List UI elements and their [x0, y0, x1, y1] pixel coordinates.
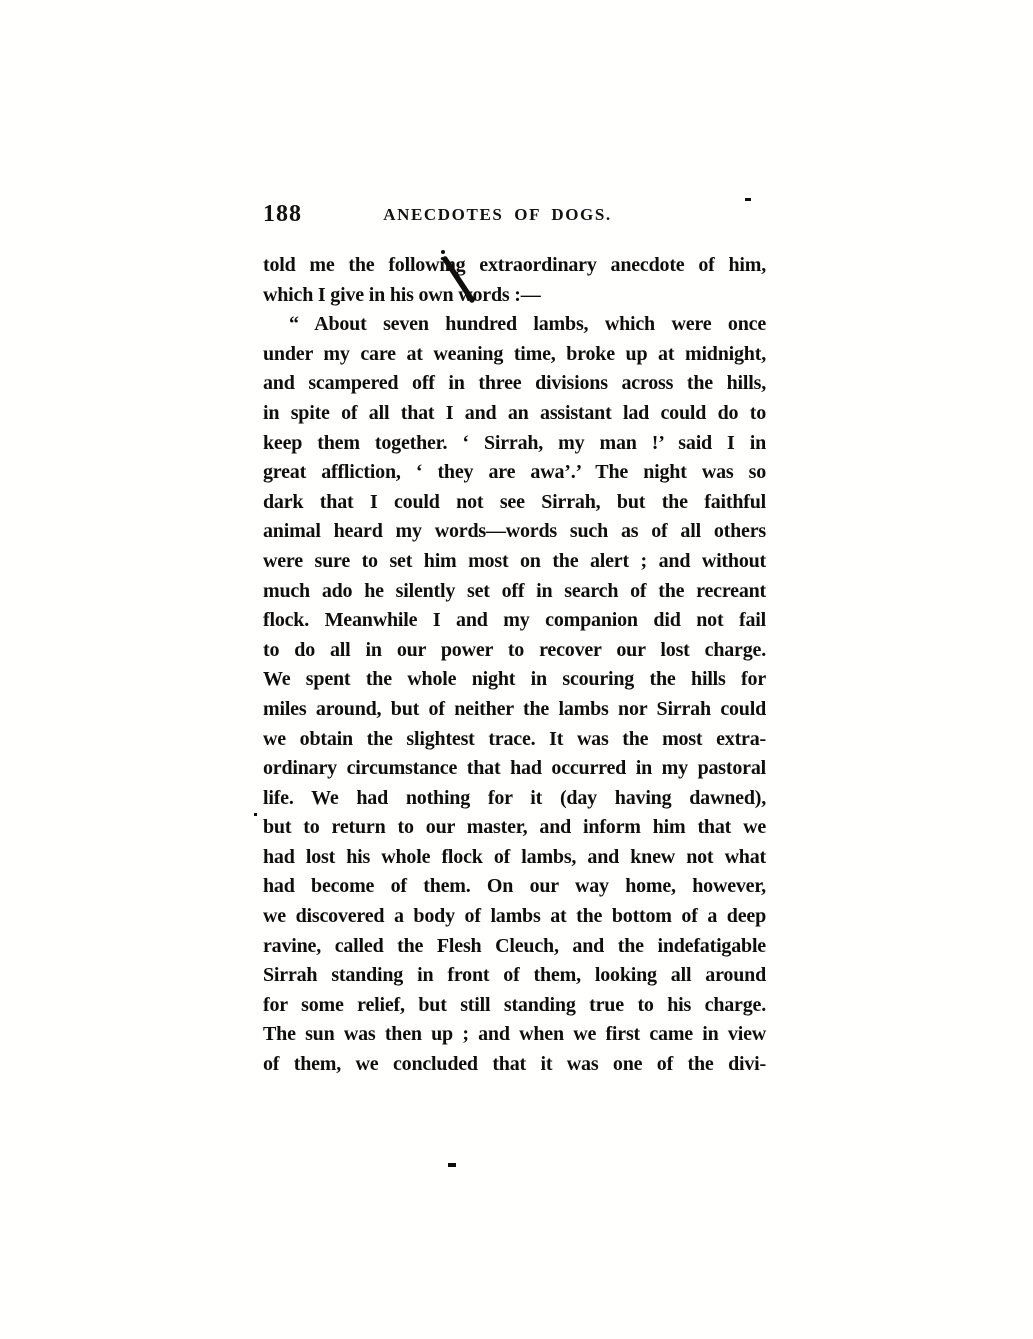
text-line: and scampered off in three divisions acr… [263, 369, 766, 399]
text-line: keep them together. ‘ Sirrah, my man !’ … [263, 429, 766, 459]
text-line: in spite of all that I and an assistant … [263, 399, 766, 429]
text-line: we discovered a body of lambs at the bot… [263, 902, 766, 932]
speck-bottom-center [448, 1163, 456, 1167]
text-line: to do all in our power to recover our lo… [263, 636, 766, 666]
text-line: under my care at weaning time, broke up … [263, 340, 766, 370]
text-line: we obtain the slightest trace. It was th… [263, 725, 766, 755]
text-line: “ About seven hundred lambs, which were … [263, 310, 766, 340]
text-line: miles around, but of neither the lambs n… [263, 695, 766, 725]
running-title: ANECDOTES OF DOGS. [246, 205, 749, 225]
text-line: life. We had nothing for it (day having … [263, 784, 766, 814]
text-line: dark that I could not see Sirrah, but th… [263, 488, 766, 518]
text-line: told me the following extraordinary anec… [263, 251, 766, 281]
text-line: Sirrah standing in front of them, lookin… [263, 961, 766, 991]
text-line: flock. Meanwhile I and my companion did … [263, 606, 766, 636]
text-line: for some relief, but still standing true… [263, 991, 766, 1021]
text-line: had become of them. On our way home, how… [263, 872, 766, 902]
text-line: of them, we concluded that it was one of… [263, 1050, 766, 1080]
text-line: had lost his whole flock of lambs, and k… [263, 843, 766, 873]
text-line: great affliction, ‘ they are awa’.’ The … [263, 458, 766, 488]
text-line: which I give in his own words :— [263, 281, 766, 311]
text-line: animal heard my words—words such as of a… [263, 517, 766, 547]
text-line: ravine, called the Flesh Cleuch, and the… [263, 932, 766, 962]
book-page: 188 ANECDOTES OF DOGS. told me the follo… [0, 0, 1033, 1339]
text-line: were sure to set him most on the alert ;… [263, 547, 766, 577]
page-header: 188 ANECDOTES OF DOGS. [263, 201, 766, 231]
text-line: We spent the whole night in scouring the… [263, 665, 766, 695]
text-line: The sun was then up ; and when we first … [263, 1020, 766, 1050]
body-text: told me the following extraordinary anec… [263, 251, 766, 1080]
speck-left-margin [254, 813, 257, 816]
text-line: much ado he silently set off in search o… [263, 577, 766, 607]
text-line: ordinary circumstance that had occurred … [263, 754, 766, 784]
text-line: but to return to our master, and inform … [263, 813, 766, 843]
